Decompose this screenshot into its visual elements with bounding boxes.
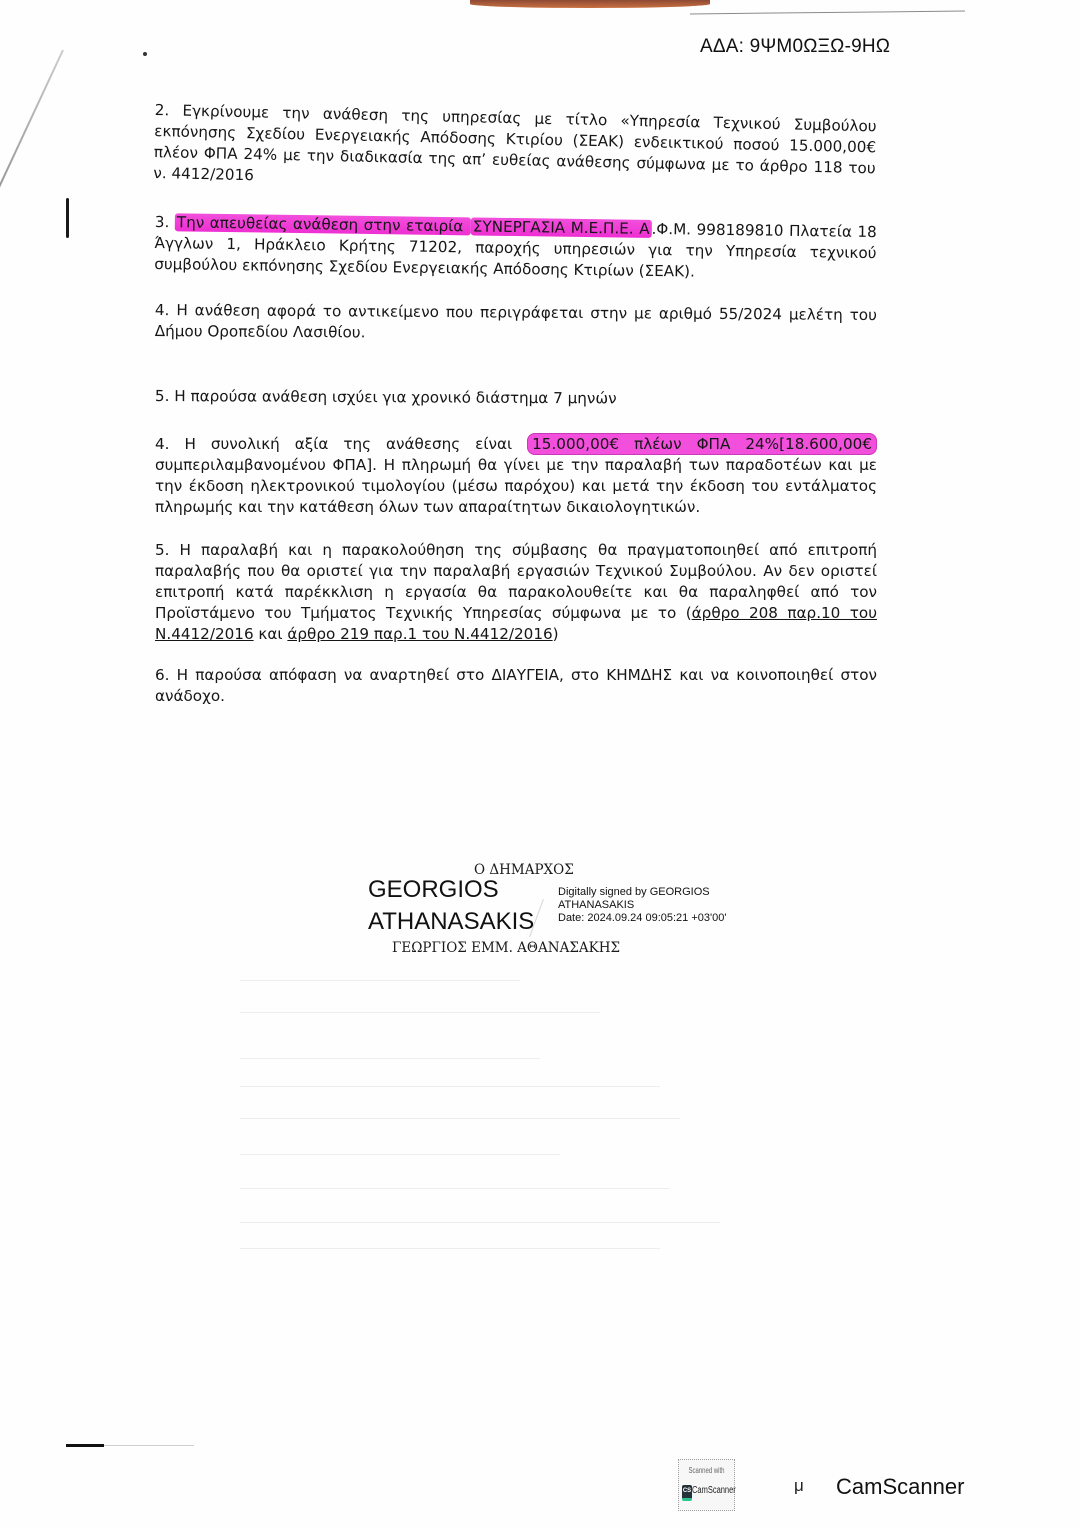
conjunction: και [254,625,288,643]
mayor-signature-block: Ο ΔΗΜΑΡΧΟΣ GEORGIOS ATHANASAKIS Digitall… [368,862,768,962]
ada-code: ΑΔΑ: 9ΨΜ0ΩΞΩ-9ΗΩ [700,36,890,58]
signer-first-name: GEORGIOS [368,876,499,904]
scan-edge-artifact [470,0,710,8]
digital-signed-name: ATHANASAKIS [558,899,726,912]
margin-mark [66,198,69,238]
highlighted-amount: 15.000,00€ πλέων ΦΠΑ 24%[18.600,00€ [527,433,877,455]
bleed-through-line [240,1086,660,1087]
bleed-through-line [240,1012,600,1013]
bottom-edge-line [104,1445,194,1446]
camscanner-label: CamScanner [836,1474,964,1500]
paragraph-4-total-value: 4. Η συνολική αξία της ανάθεσης είναι 15… [155,434,877,518]
page-fold-line [0,50,64,232]
watermark-caption: Scanned with [686,1466,727,1475]
digital-signature-date: Date: 2024.09.24 09:05:21 +03'00' [558,912,726,925]
digital-signature-details: Digitally signed by GEORGIOS ATHANASAKIS… [558,886,726,925]
bleed-through-line [240,1058,540,1059]
bleed-through-line [240,1118,680,1119]
law-reference-219: άρθρο 219 παρ.1 του Ν.4412/2016 [287,625,552,643]
payment-terms: συμπεριλαμβανομένου ΦΠΑ]. Η πληρωμή θα γ… [155,456,877,516]
bleed-through-line [240,1248,660,1249]
signer-last-name: ATHANASAKIS [368,908,534,936]
paragraph-4-subject: 4. Η ανάθεση αφορά το αντικείμενο που πε… [155,300,877,347]
bleed-through-line [240,1154,560,1155]
camscanner-watermark: Scanned with CS CamScanner [678,1459,735,1511]
watermark-brand: CamScanner [692,1485,736,1496]
paragraph-number: 3. [155,213,175,231]
paragraph-2-approval: 2. Εγκρίνουμε την ανάθεση της υπηρεσίας … [153,100,877,200]
digital-signed-by: Digitally signed by GEORGIOS [558,886,726,899]
paragraph-6-publication: 6. Η παρούσα απόφαση να αναρτηθεί στο ΔΙ… [155,665,877,707]
highlighted-award-phrase: Την απευθείας ανάθεση στην εταιρία [175,213,471,235]
paragraph-5-acceptance: 5. Η παραλαβή και η παρακολούθηση της σύ… [155,540,877,645]
bleed-through-line [240,1188,670,1189]
value-lead: 4. Η συνολική αξία της ανάθεσης είναι [155,435,527,453]
bottom-edge-mark [66,1444,104,1447]
highlighted-company-name: ΣΥΝΕΡΓΑΣΙΑ Μ.Ε.Π.Ε. Α [471,217,652,238]
mu-symbol: μ [794,1476,804,1496]
closing-paren: ) [553,625,559,643]
signer-greek-name: ΓΕΩΡΓΙΟΣ ΕΜΜ. ΑΘΑΝΑΣΑΚΗΣ [392,940,620,956]
bleed-through-line [240,980,520,981]
scan-line-artifact [690,11,965,15]
paragraph-3-direct-award: 3. Την απευθείας ανάθεση στην εταιρία ΣΥ… [154,212,877,285]
camscanner-logo-icon: CS [682,1485,692,1501]
ink-dot [143,52,147,56]
bleed-through-line [240,1222,720,1223]
paragraph-5-duration: 5. Η παρούσα ανάθεση ισχύει για χρονικό … [155,386,617,409]
scanned-document-page: ΑΔΑ: 9ΨΜ0ΩΞΩ-9ΗΩ 2. Εγκρίνουμε την ανάθε… [0,0,1080,1528]
